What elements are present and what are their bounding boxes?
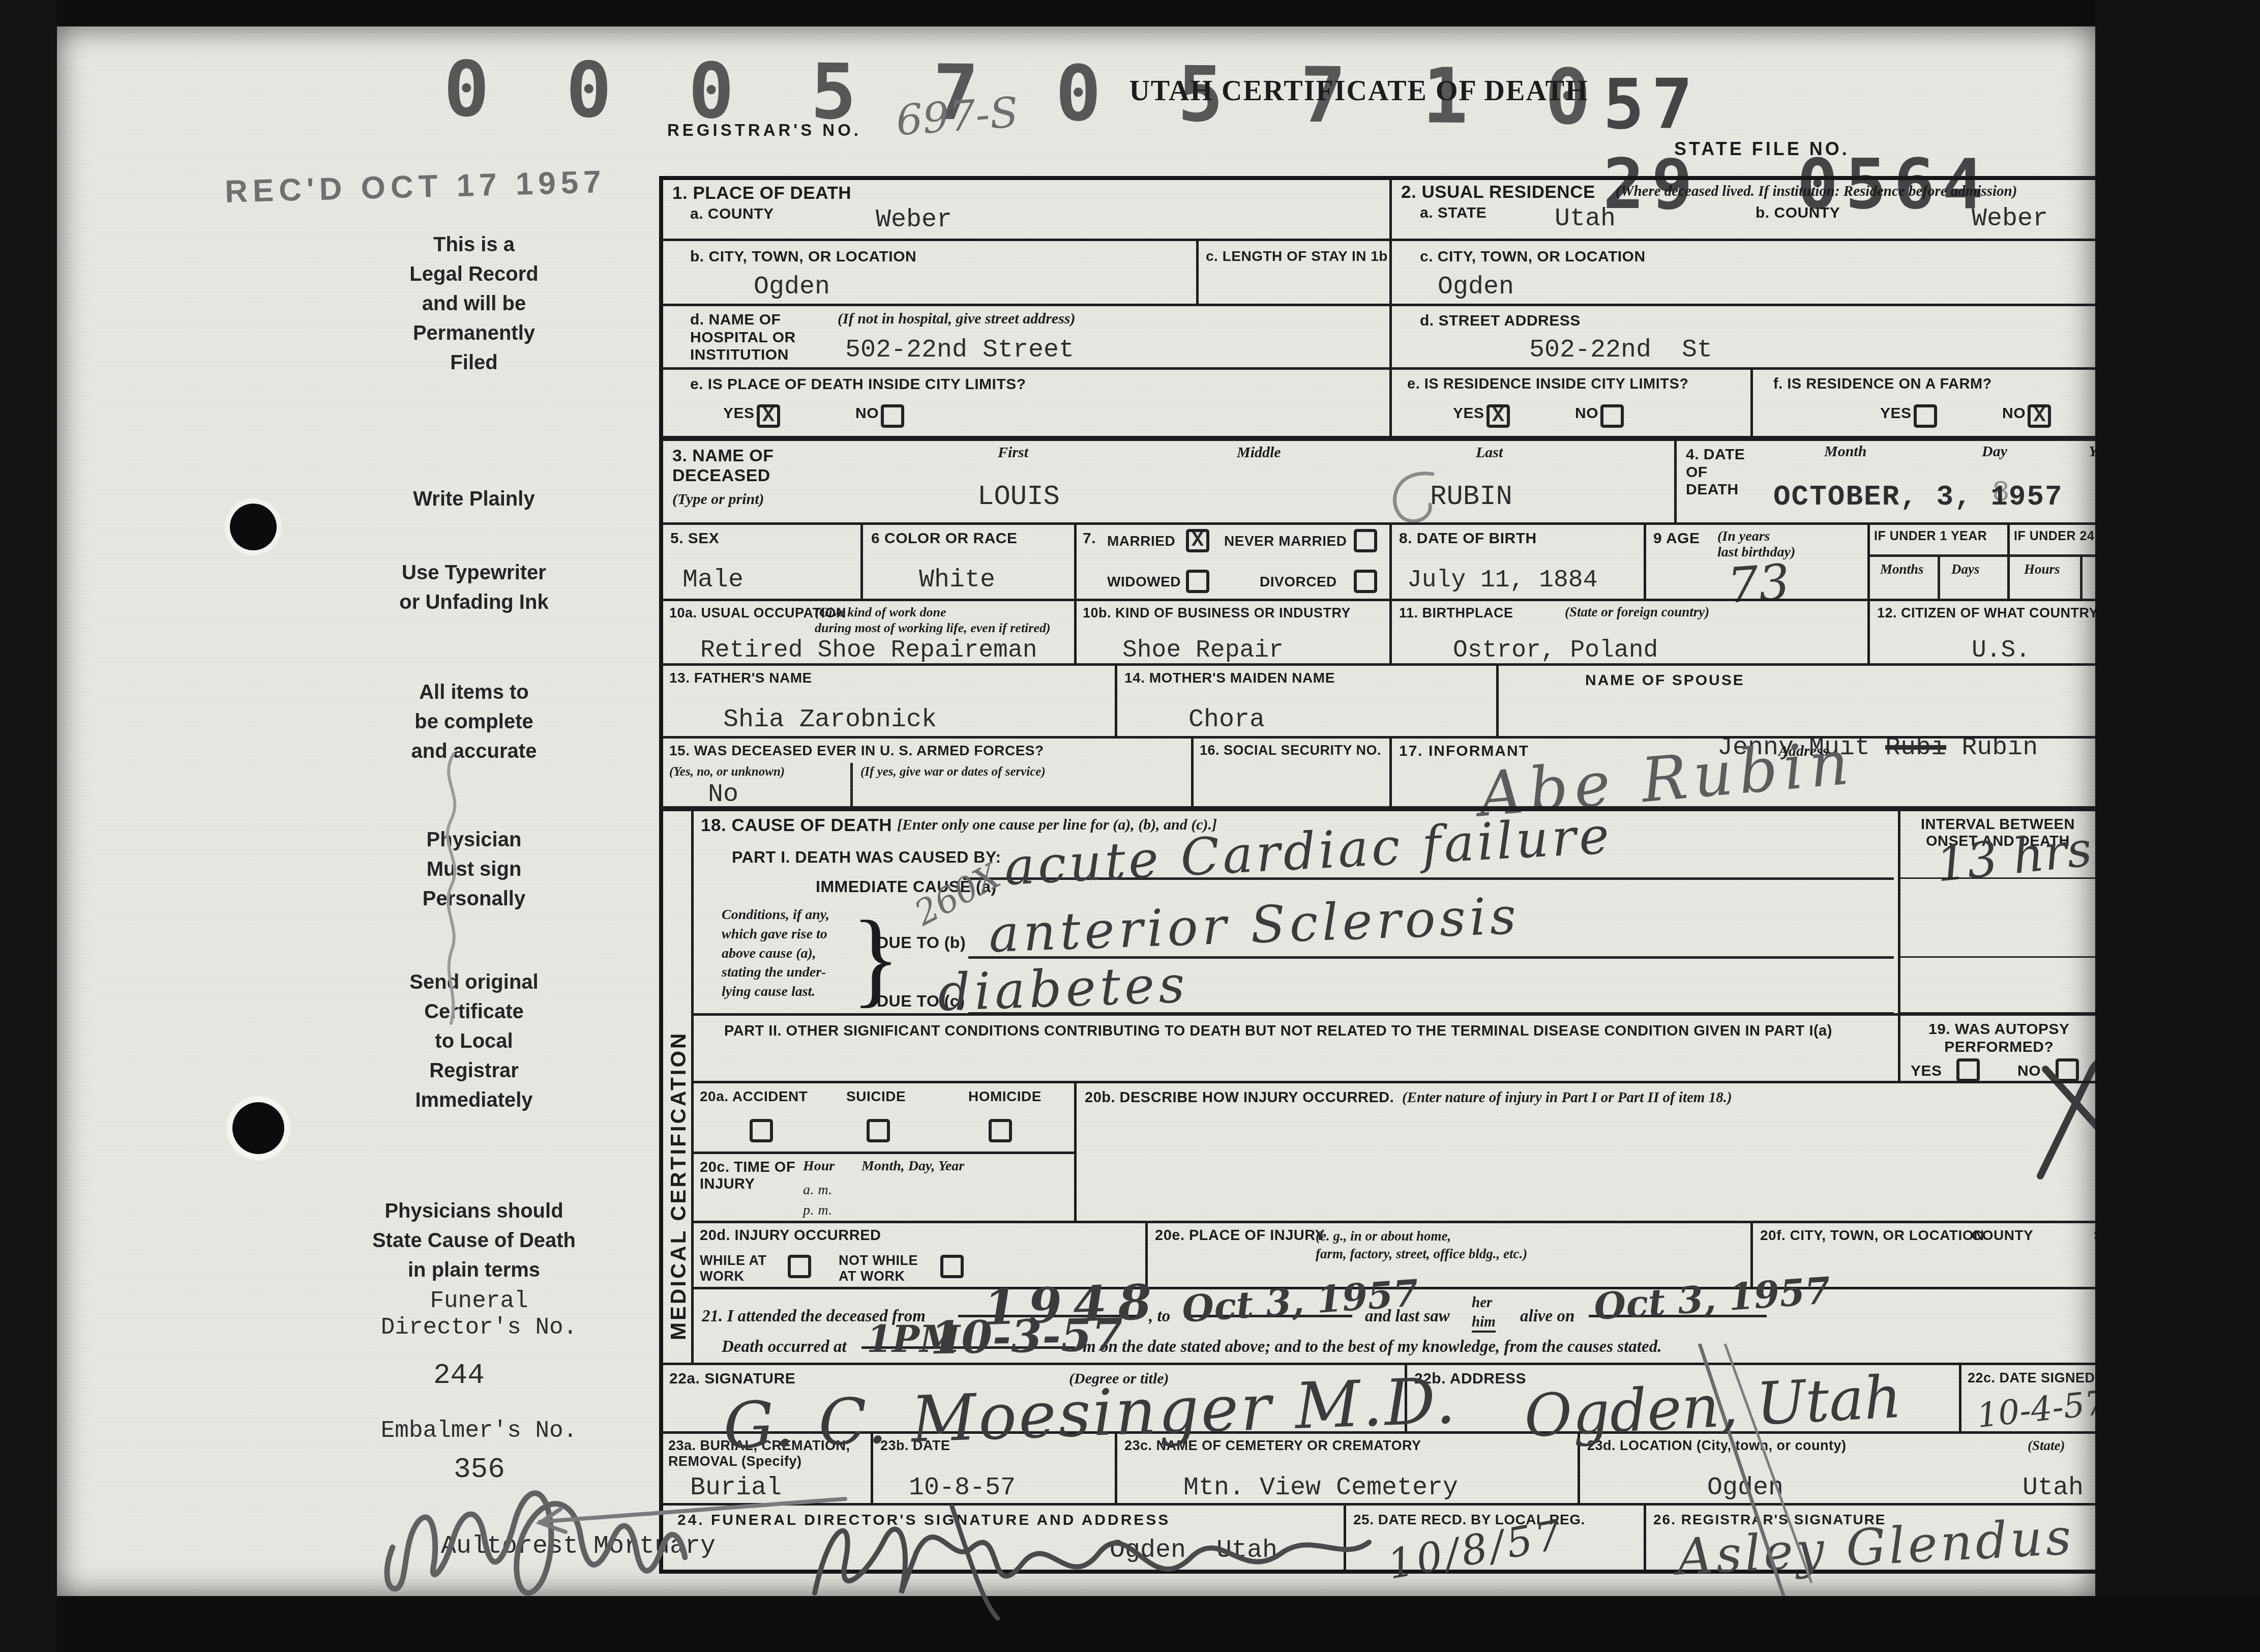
- field-place-of-injury: 20e. PLACE OF INJURY (e. g., in or about…: [1145, 1221, 1750, 1287]
- injury-county-label: COUNTY: [1972, 1227, 2033, 1244]
- never-married-label: NEVER MARRIED: [1224, 533, 1347, 549]
- accident-checkbox: [750, 1119, 773, 1142]
- describe-injury-hint: (Enter nature of injury in Part I or Par…: [1402, 1089, 1732, 1106]
- hours-header: Hours: [2024, 562, 2060, 577]
- certificate-paper: 0 0 0 5 7 0 5 7 1 0 REGISTRAR'S NO. 697-…: [57, 26, 2095, 1596]
- mother-value: Chora: [1188, 705, 1265, 734]
- not-while-at-work-label: NOT WHILE AT WORK: [839, 1253, 918, 1284]
- field-age: 9 AGE (In years last birthday) 73: [1644, 522, 1867, 599]
- field-birthplace: 11. BIRTHPLACE (State or foreign country…: [1389, 599, 1867, 663]
- under-1-year-label: IF UNDER 1 YEAR: [1874, 529, 1987, 544]
- day-header: Day: [1982, 443, 2007, 460]
- hospital-label: d. NAME OF HOSPITAL OR INSTITUTION: [690, 311, 796, 364]
- armed-forces-value: No: [708, 780, 738, 809]
- residence-county-value: Weber: [1972, 204, 2048, 233]
- yes-label: YES: [1880, 405, 1912, 422]
- divorced-label: DIVORCED: [1260, 574, 1337, 590]
- race-label: 6 COLOR OR RACE: [871, 530, 1018, 548]
- county-value: Weber: [876, 205, 952, 234]
- field-place-of-death-county: 1. PLACE OF DEATH a. COUNTY Weber: [662, 179, 1389, 239]
- death-city-value: Ogden: [754, 273, 830, 302]
- field-occupation: 10a. USUAL OCCUPATION (Give kind of work…: [662, 599, 1074, 663]
- yes-checkbox: X: [1486, 404, 1510, 428]
- field-cause-of-death: 18. CAUSE OF DEATH [Enter only one cause…: [694, 806, 1898, 1013]
- widowed-checkbox: [1186, 570, 1209, 593]
- margin-note-typewriter: Use Typewriter or Unfading Ink: [347, 558, 601, 617]
- citizen-value: U.S.: [1972, 637, 2030, 664]
- no-label: NO: [1575, 405, 1598, 422]
- street-address-value: 502-22nd St: [1529, 336, 1712, 365]
- no-checkbox: [1600, 404, 1624, 428]
- month-header: Month: [1824, 443, 1866, 460]
- divider: [2080, 554, 2083, 599]
- field-race: 6 COLOR OR RACE White: [860, 522, 1074, 599]
- name-label: 3. NAME OF DECEASED: [672, 446, 774, 486]
- date-of-death-value: OCTOBER, 3, 1957: [1773, 481, 2063, 513]
- death-limits-yes: YES X: [723, 404, 780, 428]
- injury-city-label: 20f. CITY, TOWN, OR LOCATION: [1760, 1227, 1984, 1244]
- conditions-label: Conditions, if any, which gave rise to a…: [722, 905, 829, 1001]
- race-value: White: [919, 566, 995, 595]
- homicide-label: HOMICIDE: [968, 1088, 1042, 1105]
- married-checkbox: X: [1186, 529, 1209, 552]
- mdy-header: Month, Day, Year: [861, 1158, 964, 1174]
- funeral-director-no-value: 244: [433, 1359, 485, 1392]
- yes-label: YES: [723, 405, 755, 422]
- margin-note-legal-record: This is a Legal Record and will be Perma…: [347, 230, 601, 377]
- citizen-label: 12. CITIZEN OF WHAT COUNTRY?: [1877, 605, 2107, 621]
- no-label: NO: [2002, 405, 2026, 422]
- occupation-hint: (Give kind of work done during most of w…: [815, 604, 1051, 636]
- birthplace-hint: (State or foreign country): [1565, 604, 1709, 620]
- death-city-limits-label: e. IS PLACE OF DEATH INSIDE CITY LIMITS?: [690, 376, 1026, 394]
- photo-edge-top: [0, 0, 2260, 26]
- death-limits-no: NO: [855, 404, 904, 428]
- residence-limits-yes: YES X: [1453, 404, 1510, 428]
- field-residence-farm: f. IS RESIDENCE ON A FARM? YES NO X: [1750, 367, 2150, 436]
- hospital-hint: (If not in hospital, give street address…: [838, 310, 1076, 328]
- field-part2: PART II. OTHER SIGNIFICANT CONDITIONS CO…: [694, 1013, 1898, 1081]
- field-describe-injury: 20b. DESCRIBE HOW INJURY OCCURRED. (Ente…: [1074, 1081, 2150, 1221]
- am-label: a. m.: [803, 1182, 832, 1198]
- suicide-checkbox: [867, 1119, 890, 1142]
- no-label: NO: [855, 405, 879, 422]
- attended-text-6: m on the date stated above; and to the b…: [1083, 1338, 1661, 1356]
- place-of-injury-label: 20e. PLACE OF INJURY: [1155, 1227, 1325, 1244]
- registrar-no-label: REGISTRAR'S NO.: [667, 121, 861, 140]
- while-at-work-checkbox: [788, 1255, 811, 1278]
- ghost-overstamp-digit: 8: [1992, 477, 2010, 510]
- industry-label: 10b. KIND OF BUSINESS OR INDUSTRY: [1083, 605, 1351, 621]
- field-sex: 5. SEX Male: [662, 522, 860, 599]
- margin-note-write-plainly: Write Plainly: [347, 484, 601, 514]
- field-residence-city-limits: e. IS RESIDENCE INSIDE CITY LIMITS? YES …: [1389, 367, 1750, 436]
- field-mother-name: 14. MOTHER'S MAIDEN NAME Chora: [1115, 663, 1496, 736]
- place-of-injury-hint: (e. g., in or about home, farm, factory,…: [1316, 1227, 1527, 1263]
- sex-value: Male: [682, 566, 744, 595]
- armed-forces-label: 15. WAS DECEASED EVER IN U. S. ARMED FOR…: [669, 743, 1044, 759]
- date-of-death-label: 4. DATE OF DEATH: [1686, 446, 1745, 499]
- residence-limits-label: e. IS RESIDENCE INSIDE CITY LIMITS?: [1407, 376, 1689, 393]
- field-if-under-1-year: IF UNDER 1 YEAR Months Days: [1867, 522, 2007, 599]
- margin-pencil-squiggle: [423, 749, 484, 1034]
- punch-hole: [232, 1102, 284, 1154]
- field-death-city: b. CITY, TOWN, OR LOCATION Ogden: [662, 239, 1196, 304]
- margin-note-plain-terms: Physicians should State Cause of Death i…: [301, 1196, 647, 1285]
- yes-checkbox: X: [757, 404, 780, 428]
- attended-text-5: Death occurred at: [722, 1338, 847, 1356]
- name-hint: (Type or print): [672, 491, 764, 508]
- hospital-value: 502-22nd Street: [845, 336, 1074, 365]
- divider: [1938, 554, 1940, 599]
- registrar-no-value: 697-S: [895, 88, 1020, 145]
- age-label: 9 AGE: [1653, 530, 1700, 548]
- marital-number: 7.: [1083, 530, 1096, 548]
- residence-city-value: Ogden: [1438, 273, 1514, 302]
- autopsy-yes-label: YES: [1911, 1063, 1942, 1080]
- date-of-birth-value: July 11, 1884: [1407, 567, 1597, 594]
- part2-label: PART II. OTHER SIGNIFICANT CONDITIONS CO…: [724, 1023, 1884, 1040]
- punch-hole: [230, 504, 277, 550]
- stray-pencil-mark: [1384, 466, 1445, 527]
- photo-edge-left: [0, 0, 57, 1652]
- death-date-handwriting: 10-3-57: [930, 1308, 1123, 1365]
- field-father-name: 13. FATHER'S NAME Shia Zarobnick: [662, 663, 1115, 736]
- while-at-work-label: WHILE AT WORK: [700, 1253, 766, 1284]
- injury-occurred-label: 20d. INJURY OCCURRED: [700, 1227, 881, 1244]
- field-length-of-stay: c. LENGTH OF STAY IN 1b: [1196, 239, 1389, 304]
- residence-state-label: a. STATE: [1420, 204, 1486, 222]
- pencil-scrawl: [362, 1461, 896, 1613]
- funeral-director-no-label: Funeral Director's No.: [352, 1288, 606, 1341]
- birthplace-label: 11. BIRTHPLACE: [1399, 605, 1513, 621]
- time-of-injury-label: 20c. TIME OF INJURY: [700, 1159, 795, 1193]
- attended-him: him: [1472, 1314, 1496, 1333]
- death-city-label: b. CITY, TOWN, OR LOCATION: [690, 248, 916, 266]
- burial-state-value: Utah: [2023, 1473, 2084, 1502]
- field-ssn: 16. SOCIAL SECURITY NO.: [1191, 736, 1389, 806]
- no-checkbox: X: [2028, 404, 2051, 428]
- usual-residence-hint: (Where deceased lived. If institution: R…: [1616, 183, 2017, 200]
- married-label: MARRIED: [1107, 533, 1175, 549]
- mother-label: 14. MOTHER'S MAIDEN NAME: [1124, 670, 1335, 686]
- photo-edge-right: [2095, 0, 2260, 1652]
- sex-label: 5. SEX: [670, 530, 719, 548]
- field-date-of-birth: 8. DATE OF BIRTH July 11, 1884: [1389, 522, 1644, 599]
- field-time-of-injury: 20c. TIME OF INJURY Hour Month, Day, Yea…: [694, 1152, 1074, 1221]
- industry-value: Shoe Repair: [1122, 637, 1284, 664]
- medical-certification-spine: MEDICAL CERTIFICATION: [662, 806, 694, 1363]
- field-name-of-deceased: 3. NAME OF DECEASED (Type or print) Firs…: [662, 436, 1674, 522]
- widowed-label: WIDOWED: [1107, 574, 1181, 590]
- field-death-city-limits: e. IS PLACE OF DEATH INSIDE CITY LIMITS?…: [662, 367, 1389, 436]
- yes-label: YES: [1453, 405, 1484, 422]
- not-while-at-work-checkbox: [940, 1255, 964, 1278]
- field-usual-residence-state-county: 2. USUAL RESIDENCE (Where deceased lived…: [1389, 179, 2150, 239]
- spouse-label: NAME OF SPOUSE: [1585, 672, 1745, 690]
- residence-limits-no: NO: [1575, 404, 1624, 428]
- cause-title: 18. CAUSE OF DEATH: [701, 815, 892, 836]
- date-signed-handwriting: 10-4-57: [1975, 1383, 2108, 1435]
- place-of-death-title: 1. PLACE OF DEATH: [672, 183, 851, 203]
- due-to-b-label: DUE TO (b): [877, 933, 966, 952]
- ssn-label: 16. SOCIAL SECURITY NO.: [1200, 743, 1381, 758]
- embalmer-no-label: Embalmer's No.: [352, 1418, 606, 1444]
- usual-residence-title: 2. USUAL RESIDENCE: [1401, 182, 1595, 202]
- hour-header: Hour: [803, 1158, 835, 1174]
- occupation-value: Retired Shoe Repaireman: [700, 637, 1037, 664]
- yes-checkbox: [1914, 404, 1937, 428]
- certificate-title: UTAH CERTIFICATE OF DEATH: [1054, 75, 1664, 107]
- attended-text-4: alive on: [1520, 1307, 1574, 1326]
- state-file-no-label: STATE FILE NO.: [1674, 138, 1850, 159]
- burial-state-label: (State): [2028, 1438, 2065, 1454]
- cause-c-handwriting: diabetes: [937, 954, 1190, 1022]
- field-residence-city: c. CITY, TOWN, OR LOCATION Ogden: [1389, 239, 2150, 304]
- date-signed-label: 22c. DATE SIGNED: [1968, 1370, 2095, 1386]
- armed-forces-hint2: (If yes, give war or dates of service): [860, 765, 1046, 779]
- date-of-birth-label: 8. DATE OF BIRTH: [1399, 530, 1537, 548]
- certifier-signature-label: 22a. SIGNATURE: [669, 1370, 795, 1388]
- part1-label: PART I. DEATH WAS CAUSED BY:: [732, 848, 1001, 867]
- farm-label: f. IS RESIDENCE ON A FARM?: [1773, 376, 1992, 393]
- length-of-stay-label: c. LENGTH OF STAY IN 1b: [1206, 248, 1388, 264]
- county-label: a. COUNTY: [690, 205, 774, 223]
- field-street-address: d. STREET ADDRESS 502-22nd St: [1389, 304, 2150, 367]
- residence-city-label: c. CITY, TOWN, OR LOCATION: [1420, 248, 1646, 266]
- father-value: Shia Zarobnick: [723, 705, 937, 734]
- residence-county-label: b. COUNTY: [1756, 204, 1840, 222]
- months-header: Months: [1880, 562, 1924, 577]
- field-industry: 10b. KIND OF BUSINESS OR INDUSTRY Shoe R…: [1074, 599, 1389, 663]
- accident-label: 20a. ACCIDENT: [700, 1088, 808, 1105]
- field-date-of-death: 4. DATE OF DEATH Month Day Year OCTOBER,…: [1674, 436, 2150, 522]
- birthplace-value: Ostror, Poland: [1453, 637, 1658, 664]
- autopsy-yes-checkbox: [1956, 1058, 1980, 1082]
- field-attended: 21. I attended the deceased from , to an…: [694, 1287, 2150, 1363]
- divider: [850, 763, 853, 806]
- scanned-death-certificate-photo: 0 0 0 5 7 0 5 7 1 0 REGISTRAR'S NO. 697-…: [0, 0, 2260, 1652]
- armed-forces-hint1: (Yes, no, or unknown): [669, 765, 785, 779]
- residence-state-value: Utah: [1555, 204, 1616, 233]
- cause-b-handwriting: anterior Sclerosis: [988, 886, 1521, 964]
- father-label: 13. FATHER'S NAME: [669, 670, 812, 686]
- field-accident-suicide-homicide: 20a. ACCIDENT SUICIDE HOMICIDE: [694, 1081, 1074, 1152]
- days-header: Days: [1951, 562, 1980, 577]
- attended-her: her: [1472, 1294, 1492, 1311]
- last-header: Last: [1476, 444, 1503, 461]
- pm-label: p. m.: [803, 1202, 832, 1219]
- farm-no: NO X: [2002, 404, 2051, 428]
- no-checkbox: [881, 404, 904, 428]
- farm-yes: YES: [1880, 404, 1937, 428]
- field-spouse-name: NAME OF SPOUSE Jenny Muit Rubi Rubin: [1496, 663, 2150, 736]
- divorced-checkbox: [1354, 570, 1377, 593]
- describe-injury-label: 20b. DESCRIBE HOW INJURY OCCURRED.: [1085, 1089, 1394, 1106]
- field-marital-status: 7. MARRIED X NEVER MARRIED WIDOWED DIVOR…: [1074, 522, 1389, 599]
- field-informant: 17. INFORMANT Address Abe Rubin: [1389, 736, 2150, 806]
- suicide-label: SUICIDE: [846, 1088, 906, 1105]
- first-header: First: [998, 444, 1028, 461]
- homicide-checkbox: [989, 1119, 1012, 1142]
- received-date-stamp: REC'D OCT 17 1957: [224, 164, 606, 210]
- medical-certification-label: MEDICAL CERTIFICATION: [666, 1031, 691, 1340]
- field-armed-forces: 15. WAS DECEASED EVER IN U. S. ARMED FOR…: [662, 736, 1191, 806]
- middle-header: Middle: [1237, 444, 1281, 461]
- never-married-checkbox: [1354, 529, 1377, 552]
- field-hospital: d. NAME OF HOSPITAL OR INSTITUTION (If n…: [662, 304, 1389, 367]
- first-name-value: LOUIS: [977, 482, 1060, 513]
- street-address-label: d. STREET ADDRESS: [1420, 312, 1581, 330]
